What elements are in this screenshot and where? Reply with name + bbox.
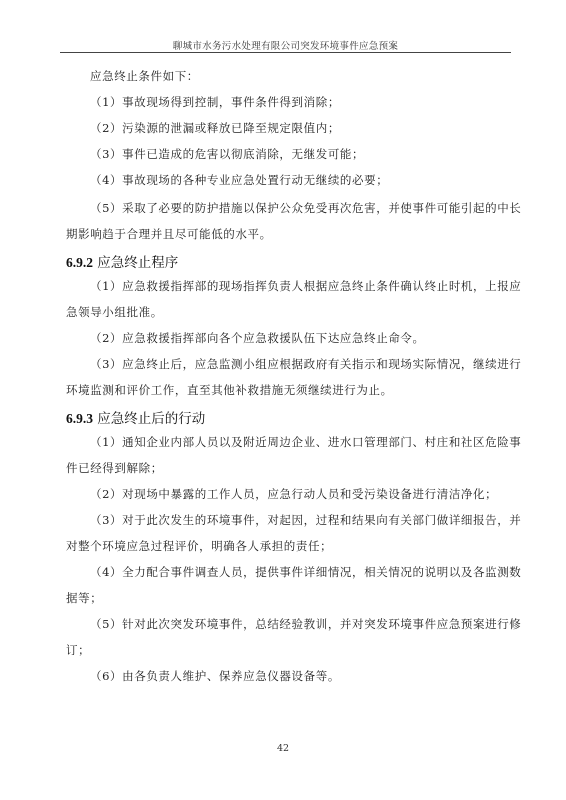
section-number: 6.9.2 <box>66 255 93 270</box>
paragraph-line: （6）由各负责人维护、保养应急仪器设备等。 <box>90 668 340 684</box>
condition-item: （2）污染源的泄漏或释放已降至规定限值内； <box>90 120 340 136</box>
condition-item: （5）采取了必要的防护措施以保护公众免受再次危害，并使事件可能引起的中长 <box>90 200 521 216</box>
condition-item: （4）事故现场的各种专业应急处置行动无继续的必要； <box>90 172 388 188</box>
condition-item: （3）事件已造成的危害以彻底消除，无继发可能； <box>90 146 364 162</box>
page-number: 42 <box>0 743 566 754</box>
paragraph-line: 据等； <box>66 590 102 606</box>
paragraph-line: （4）全力配合事件调查人员，提供事件详细情况，相关情况的说明以及各监测数 <box>90 564 521 580</box>
section-heading-692: 6.9.2 应急终止程序 <box>66 251 178 271</box>
paragraph-line: （2）应急救援指挥部向各个应急救援队伍下达应急终止命令。 <box>90 330 425 346</box>
paragraph-line: 对整个环境应急过程评价，明确各人承担的责任； <box>66 538 332 554</box>
paragraph-line: （3）应急终止后，应急监测小组应根据政府有关指示和现场实际情况，继续进行 <box>90 356 521 372</box>
intro-text: 应急终止条件如下： <box>90 68 199 84</box>
paragraph-line: （1）应急救援指挥部的现场指挥负责人根据应急终止条件确认终止时机，上报应 <box>90 278 521 294</box>
paragraph-line: （2）对现场中暴露的工作人员，应急行动人员和受污染设备进行清洁净化； <box>90 486 497 502</box>
paragraph-line: （1）通知企业内部人员以及附近周边企业、进水口管理部门、村庄和社区危险事 <box>90 434 521 450</box>
section-title: 应急终止后的行动 <box>93 411 205 427</box>
paragraph-line: （5）针对此次突发环境事件，总结经验教训，并对突发环境事件应急预案进行修 <box>90 616 521 632</box>
paragraph-line: 环境监测和评价工作，直至其他补救措施无须继续进行为止。 <box>66 382 393 398</box>
section-title: 应急终止程序 <box>93 255 178 271</box>
running-header: 聊城市水务污水处理有限公司突发环境事件应急预案 <box>60 38 511 52</box>
paragraph-line: 件已经得到解除； <box>66 460 163 476</box>
section-number: 6.9.3 <box>66 411 93 426</box>
paragraph-line: （3）对于此次发生的环境事件，对起因，过程和结果向有关部门做详细报告，并 <box>90 512 521 528</box>
condition-item-cont: 期影响趋于合理并且尽可能低的水平。 <box>66 226 272 242</box>
condition-item: （1）事故现场得到控制，事件条件得到消除； <box>90 94 340 110</box>
section-heading-693: 6.9.3 应急终止后的行动 <box>66 407 205 427</box>
paragraph-line: 急领导小组批准。 <box>66 304 163 320</box>
header-rule <box>60 52 511 53</box>
paragraph-line: 订； <box>66 642 90 658</box>
